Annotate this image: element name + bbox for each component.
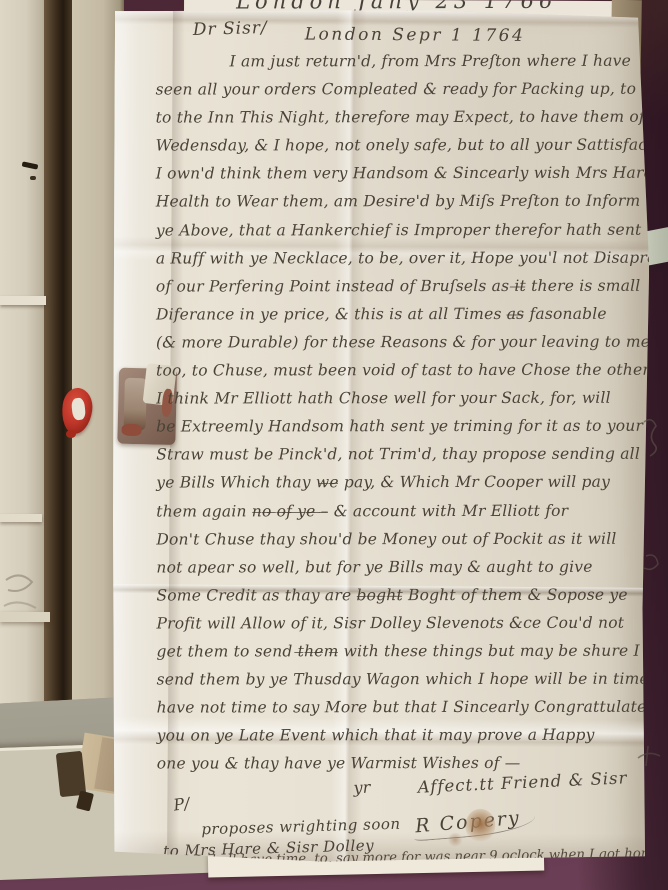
postscript-mark: P/ bbox=[172, 794, 191, 815]
letter-line: Wedensday, & I hope, not onely safe, but… bbox=[156, 136, 642, 165]
paper-edge bbox=[0, 296, 46, 305]
letter-line: (& more Durable) for these Reasons & for… bbox=[156, 333, 642, 362]
main-letter: Dr Sisr/ London Sepr 1 1764 I am just re… bbox=[109, 8, 651, 864]
letter-dateline: London Sepr 1 1764 bbox=[305, 24, 526, 46]
letter-line: send them by ye Thusday Wagon which I ho… bbox=[157, 670, 643, 699]
letter-line: Profit will Allow of it, Sisr Dolley Sle… bbox=[156, 614, 642, 643]
letter-line: Health to Wear them, am Desire'd by Miſs… bbox=[156, 192, 642, 221]
letter-line: to the Inn This Night, therefore may Exp… bbox=[156, 108, 642, 137]
letter-line: Don't Chuse thay shou'd be Money out of … bbox=[156, 529, 642, 558]
wax-seal-remnant-crevice bbox=[124, 378, 147, 431]
photo-scene: London Jany 23 1766 Dr Sisr/ London Sepr… bbox=[0, 0, 668, 890]
letter-line: too, to Chuse, must been void of tast to… bbox=[156, 361, 642, 390]
letter-line: them again n̶o̶ ̶o̶f̶ ̶y̶e̶ ̶–̶ & accoun… bbox=[156, 501, 642, 530]
letter-line: of our Perfering Point instead of Bruſse… bbox=[156, 276, 642, 305]
paper-edge bbox=[0, 514, 42, 522]
letter-line: have not time to say More but that I Sin… bbox=[157, 698, 643, 727]
letter-line: Diferance in ye price, & this is at all … bbox=[156, 305, 642, 334]
letter-line: I think Mr Elliott hath Chose well for y… bbox=[156, 389, 642, 418]
wax-trace bbox=[121, 424, 141, 436]
ink-fragment bbox=[2, 568, 42, 618]
letter-line: a Ruff with ye Necklace, to be, over it,… bbox=[156, 248, 642, 277]
stain-spot bbox=[465, 809, 495, 843]
letter-salutation: Dr Sisr/ bbox=[193, 18, 268, 40]
red-wax-seal bbox=[66, 430, 76, 438]
letter-line: Some Credit as thay are b̶o̶g̶h̶t̶ Boght… bbox=[156, 585, 642, 614]
letter-line: be Extreemly Handsom hath sent ye trimin… bbox=[156, 417, 642, 446]
letter-line: I own'd think them very Handsom & Sincea… bbox=[156, 164, 642, 193]
letter-line: get them to send t̶h̶e̶m̶ with these thi… bbox=[157, 642, 643, 671]
stain-spot bbox=[447, 832, 463, 846]
letter-line: I am just return'd, from Mrs Preſton whe… bbox=[155, 52, 641, 81]
letter-line: seen all your orders Compleated & ready … bbox=[156, 80, 642, 109]
ink-speck bbox=[30, 176, 36, 180]
letter-body: I am just return'd, from Mrs Preſton whe… bbox=[155, 52, 642, 783]
letter-line: you on ye Late Event which that it may p… bbox=[157, 726, 643, 755]
letter-line: ye Above, that a Hankerchief is Improper… bbox=[156, 220, 642, 249]
letter-line: not apear so well, but for ye Bills may … bbox=[156, 557, 642, 586]
letter-line: Straw must be Pinck'd, not Trim'd, thay … bbox=[156, 445, 642, 474]
ink-fragments bbox=[636, 414, 668, 784]
letter-closing-prefix: yr bbox=[353, 778, 371, 798]
letter-line: ye Bills Which thay w̶e̶ pay, & Which Mr… bbox=[156, 473, 642, 502]
